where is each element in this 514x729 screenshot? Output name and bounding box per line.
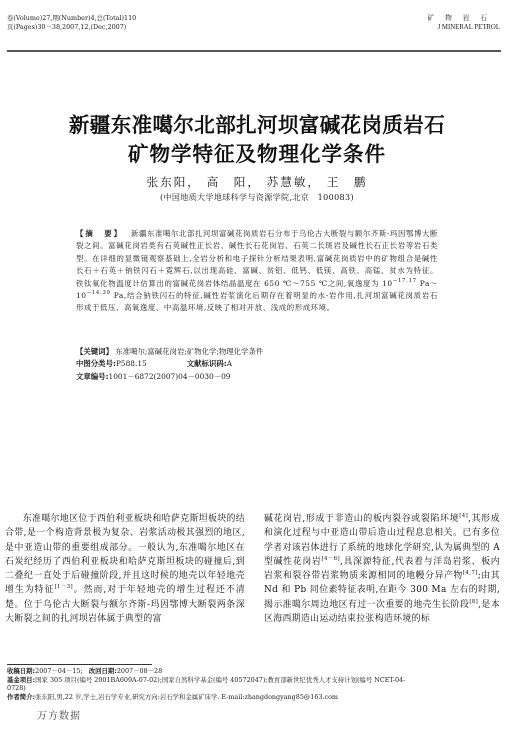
classification: 中图分类号:P588.15文献标识码:A <box>76 358 232 370</box>
body-paragraph: 东准噶尔地区位于西伯利亚板块和哈萨克斯坦板块的结合带,是一个构造背景极为复杂、岩… <box>5 512 245 626</box>
author-bio-line: 作者简介:张东阳,男,22 岁,学士,岩石学专业,研究方向:岩石学和金属矿床学.… <box>7 693 502 702</box>
paper-title-line2: 矿物学特征及物理化学条件 <box>0 137 514 167</box>
citation[interactable]: [1－3] <box>54 584 73 590</box>
citation[interactable]: [4] <box>459 513 468 519</box>
body-paragraph: 碱花岗岩,形成于非造山的板内裂谷或裂陷环境[4],其形成和演化过程与中亚造山带后… <box>264 512 500 626</box>
pages-line: 页(Pages)30－38,2007,12,(Dec,2007) <box>7 23 136 32</box>
keywords-value: 东准噶尔;富碱花岗岩;矿物化学;物理化学条件 <box>115 347 263 356</box>
citation[interactable]: [4－6] <box>321 556 340 562</box>
author-bio-label: 作者简介: <box>7 693 35 701</box>
author-list: 张东阳， 高 阳， 苏慧敏， 王 鹏 <box>0 174 514 190</box>
exponent: −14.39 <box>87 290 111 296</box>
dates-line: 收稿日期:2007－04－15; 改回日期:2007－08－28 <box>7 667 502 676</box>
article-number-value: 1001－6872(2007)04－0030－09 <box>109 372 231 381</box>
abstract-text-tail: Pa,结合钠铁闪石的特征,碱性岩浆演化后期存在着明显的水-岩作用,扎河坝富碱花岗… <box>76 291 438 312</box>
volume-line: 卷(Volume)27,期(Number)4,总(Total)110 <box>7 14 136 23</box>
revised-date: 2007－08－28 <box>117 667 162 675</box>
article-number: 文章编号:1001－6872(2007)04－0030－09 <box>76 371 231 383</box>
keywords: 【关键词】 东准噶尔;富碱花岗岩;矿物化学;物理化学条件 <box>76 346 263 358</box>
clc-value: P588.15 <box>116 359 147 368</box>
clc-label: 中图分类号: <box>76 359 116 368</box>
wanfang-watermark: 万方数据 <box>37 707 81 722</box>
doc-code-label: 文献标识码: <box>187 359 227 368</box>
header-divider <box>7 50 501 52</box>
funding-line-cont: 0728) <box>7 684 502 693</box>
keywords-label: 【关键词】 <box>76 347 113 356</box>
body-column-left: 东准噶尔地区位于西伯利亚板块和哈萨克斯坦板块的结合带,是一个构造背景极为复杂、岩… <box>5 512 245 626</box>
footnotes: 收稿日期:2007－04－15; 改回日期:2007－08－28 基金项目:国家… <box>7 667 502 701</box>
citation[interactable]: [4,7] <box>463 570 478 576</box>
funding-line: 基金项目:国家 305 项目(编号 2001BA609A-07-02);国家自然… <box>7 676 502 685</box>
paper-title-line1: 新疆东准噶尔北部扎河坝富碱花岗质岩石 <box>0 108 514 138</box>
affiliation: (中国地质大学地球科学与资源学院,北京 100083) <box>0 192 514 203</box>
abstract: 【摘 要】新疆东准噶尔北部扎河坝富碱花岗质岩石分布于乌伦古大断裂与额尔齐斯-玛因… <box>76 228 438 315</box>
body-column-right: 碱花岗岩,形成于非造山的板内裂谷或裂陷环境[4],其形成和演化过程与中亚造山带后… <box>264 512 500 626</box>
author-bio-text: 张东阳,男,22 岁,学士,岩石学专业,研究方向:岩石学和金属矿床学. E-ma… <box>35 693 338 701</box>
body-text: 碱花岗岩,形成于非造山的板内裂谷或裂陷环境 <box>264 514 459 524</box>
received-date: 2007－04－15; <box>35 667 82 675</box>
citation[interactable]: [8] <box>469 599 478 605</box>
footnote-divider <box>7 664 152 665</box>
journal-name-en: J MINERAL PETROL <box>438 23 500 32</box>
funding-label: 基金项目: <box>7 676 35 684</box>
journal-volume-info: 卷(Volume)27,期(Number)4,总(Total)110 页(Pag… <box>7 14 136 32</box>
received-label: 收稿日期: <box>7 667 35 675</box>
article-number-label: 文章编号: <box>76 372 109 381</box>
abstract-text: 新疆东准噶尔北部扎河坝富碱花岗质岩石分布于乌伦古大断裂与额尔齐斯-玛因鄂博大断裂… <box>76 229 438 288</box>
abstract-label: 【摘 要】 <box>76 229 123 238</box>
exponent: −17.17 <box>393 278 417 284</box>
revised-label: 改回日期: <box>89 667 117 675</box>
doc-code-value: A <box>227 359 232 368</box>
journal-name-cn: 矿物岩石 <box>428 14 498 23</box>
body-text: 东准噶尔地区位于西伯利亚板块和哈萨克斯坦板块的结合带,是一个构造背景极为复杂、岩… <box>5 514 245 595</box>
funding-text: 国家 305 项目(编号 2001BA609A-07-02);国家自然科学基金(… <box>35 676 405 684</box>
